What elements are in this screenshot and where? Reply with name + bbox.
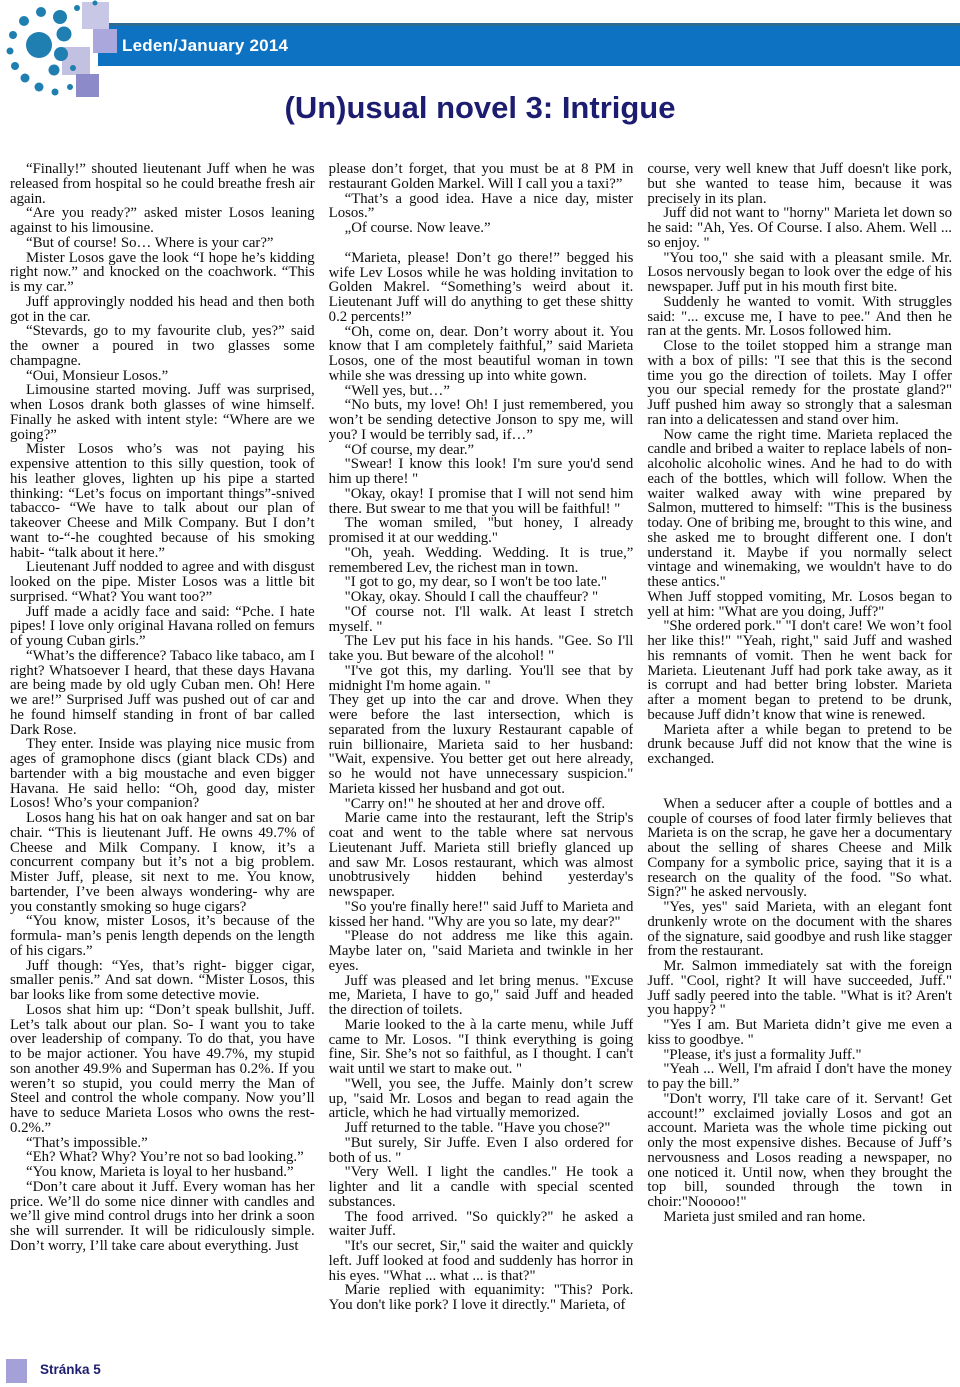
- story-paragraph: Marieta after a while began to pretend t…: [647, 723, 952, 767]
- story-paragraph: please don’t forget, that you must be at…: [329, 162, 634, 192]
- issue-date-label: Leden/January 2014: [122, 36, 288, 56]
- story-paragraph: “You know, mister Losos, it’s because of…: [10, 914, 315, 958]
- story-paragraph: When a seducer after a couple of bottles…: [647, 797, 952, 900]
- text-column-3: course, very well knew that Juff doesn't…: [647, 162, 952, 1336]
- story-paragraph: “No buts, my love! Oh! I just remembered…: [329, 398, 634, 442]
- story-paragraph: Lieutenant Juff nodded to agree and with…: [10, 560, 315, 604]
- story-paragraph: “That’s impossible.”: [10, 1136, 315, 1151]
- story-paragraph: "Yeah ... Well, I'm afraid I don't have …: [647, 1062, 952, 1092]
- story-paragraph: Now came the right time. Marieta replace…: [647, 428, 952, 590]
- story-paragraph: "Please, it's just a formality Juff.": [647, 1048, 952, 1063]
- story-paragraph: "Of course not. I'll walk. At least I st…: [329, 605, 634, 635]
- story-paragraph: "Very Well. I light the candles." He too…: [329, 1165, 634, 1209]
- page-number: Stránka 5: [40, 1362, 101, 1377]
- story-paragraph: "Don't worry, I'll take care of it. Serv…: [647, 1092, 952, 1210]
- page-title: (Un)usual novel 3: Intrigue: [0, 90, 960, 126]
- story-paragraph: The woman smiled, "but honey, I already …: [329, 516, 634, 546]
- story-paragraph: The food arrived. "So quickly?" he asked…: [329, 1210, 634, 1240]
- story-paragraph: “Finally!” shouted lieutenant Juff when …: [10, 162, 315, 206]
- story-paragraph: "Oh, yeah. Wedding. Wedding. It is true,…: [329, 546, 634, 576]
- story-paragraph: "Carry on!" he shouted at her and drove …: [329, 797, 634, 812]
- story-paragraph: "Yes, yes" said Marieta, with an elegant…: [647, 900, 952, 959]
- story-paragraph: They enter. Inside was playing nice musi…: [10, 737, 315, 811]
- story-paragraph: "You too," she said with a pleasant smil…: [647, 251, 952, 295]
- story-paragraph: Mr. Salmon immediately sat with the fore…: [647, 959, 952, 1018]
- story-paragraph: "Okay, okay. Should I call the chauffeur…: [329, 590, 634, 605]
- story-paragraph: „Of course. Now leave.”: [329, 221, 634, 236]
- document-page: Leden/January 2014 (Un)usual novel 3:: [0, 0, 960, 1387]
- story-paragraph: Juff made a acidly face and said: “Pche.…: [10, 605, 315, 649]
- story-paragraph: “Well yes, but…”: [329, 384, 634, 399]
- story-paragraph: “Stevards, go to my favourite club, yes?…: [10, 324, 315, 368]
- story-paragraph: “Of course, my dear.”: [329, 443, 634, 458]
- story-paragraph: "So you're finally here!" said Juff to M…: [329, 900, 634, 930]
- story-paragraph: course, very well knew that Juff doesn't…: [647, 162, 952, 206]
- story-paragraph: Juff was pleased and let bring menus. "E…: [329, 974, 634, 1018]
- header-bar: Leden/January 2014: [98, 23, 960, 66]
- story-paragraph: Marieta just smiled and ran home.: [647, 1210, 952, 1225]
- story-paragraph: “But of course! So… Where is your car?”: [10, 236, 315, 251]
- story-paragraph: Marie came into the restaurant, left the…: [329, 811, 634, 900]
- story-paragraph: Suddenly he wanted to vomit. With strugg…: [647, 295, 952, 339]
- story-paragraph: "Well, you see, the Juffe. Mainly don’t …: [329, 1077, 634, 1121]
- story-paragraph: Juff though: “Yes, that’s right- bigger …: [10, 959, 315, 1003]
- story-paragraph: "Yes I am. But Marieta didn’t give me ev…: [647, 1018, 952, 1048]
- story-paragraph: Close to the toilet stopped him a strang…: [647, 339, 952, 428]
- story-paragraph: "Swear! I know this look! I'm sure you'd…: [329, 457, 634, 487]
- story-paragraph: "Okay, okay! I promise that I will not s…: [329, 487, 634, 517]
- story-paragraph: Mister Losos who’s was not paying his ex…: [10, 442, 315, 560]
- story-paragraph: Limousine started moving. Juff was surpr…: [10, 383, 315, 442]
- text-column-2: please don’t forget, that you must be at…: [329, 162, 634, 1336]
- article-body: “Finally!” shouted lieutenant Juff when …: [10, 162, 952, 1336]
- story-paragraph: The Lev put his face in his hands. "Gee.…: [329, 634, 634, 664]
- story-paragraph: “What’s the difference? Tabaco like taba…: [10, 649, 315, 738]
- footer-marker-square: [6, 1359, 27, 1383]
- story-paragraph: “Are you ready?” asked mister Losos lean…: [10, 206, 315, 236]
- story-paragraph: “Marieta, please! Don’t go there!” begge…: [329, 251, 634, 325]
- story-paragraph: Juff approvingly nodded his head and the…: [10, 295, 315, 325]
- story-paragraph: Juff did not want to "horny" Marieta let…: [647, 206, 952, 250]
- story-paragraph: Losos shat him up: “Don’t speak bullshit…: [10, 1003, 315, 1136]
- story-paragraph: "She ordered pork." "I don't care! We wo…: [647, 619, 952, 722]
- story-paragraph: “Oui, Monsieur Losos.”: [10, 369, 315, 384]
- story-paragraph: "It's our secret, Sir," said the waiter …: [329, 1239, 634, 1283]
- story-paragraph: “Oh, come on, dear. Don’t worry about it…: [329, 325, 634, 384]
- story-paragraph: “That’s a good idea. Have a nice day, mi…: [329, 192, 634, 222]
- story-paragraph: Losos hang his hat on oak hanger and sat…: [10, 811, 315, 914]
- story-paragraph: “You know, Marieta is loyal to her husba…: [10, 1165, 315, 1180]
- newsletter-logo-icon: [2, 0, 127, 105]
- story-paragraph: "But surely, Sir Juffe. Even I also orde…: [329, 1136, 634, 1166]
- story-paragraph: Marie replied with equanimity: "This? Po…: [329, 1283, 634, 1313]
- story-paragraph: They get up into the car and drove. When…: [329, 693, 634, 796]
- story-paragraph: "Please do not address me like this agai…: [329, 929, 634, 973]
- story-paragraph: Marie looked to the à la carte menu, whi…: [329, 1018, 634, 1077]
- story-paragraph: “Don’t care about it Juff. Every woman h…: [10, 1180, 315, 1254]
- story-paragraph: When Juff stopped vomiting, Mr. Losos be…: [647, 590, 952, 620]
- story-paragraph: Juff returned to the table. "Have you ch…: [329, 1121, 634, 1136]
- story-paragraph: “Eh? What? Why? You’re not so bad lookin…: [10, 1150, 315, 1165]
- story-paragraph: "I've got this, my darling. You'll see t…: [329, 664, 634, 694]
- story-paragraph: Mister Losos gave the look “I hope he’s …: [10, 251, 315, 295]
- text-column-1: “Finally!” shouted lieutenant Juff when …: [10, 162, 315, 1336]
- story-paragraph: "I got to go, my dear, so I won't be too…: [329, 575, 634, 590]
